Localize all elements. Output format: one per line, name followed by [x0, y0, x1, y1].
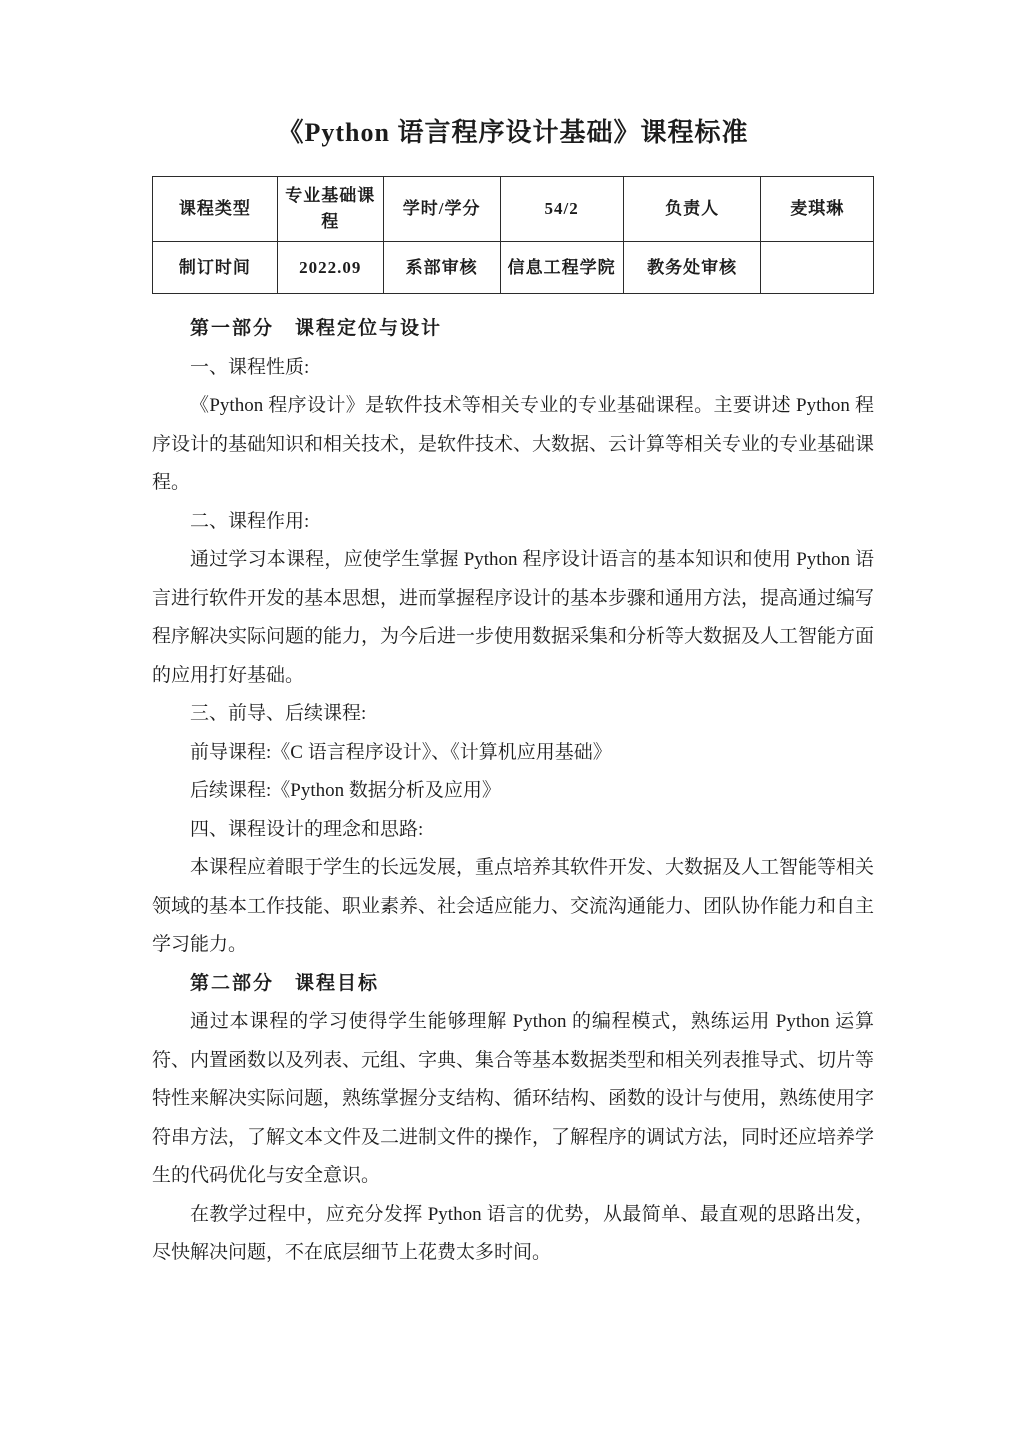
body-paragraph: 《Python 程序设计》是软件技术等相关专业的专业基础课程。主要讲述 Pyth…: [152, 387, 874, 503]
item-course-nature: 一、课程性质:: [152, 349, 874, 388]
document-title: 《Python 语言程序设计基础》课程标准: [152, 110, 874, 156]
document-body: 第一部分 课程定位与设计 一、课程性质: 《Python 程序设计》是软件技术等…: [152, 310, 874, 1273]
cell-dept-review-value: 信息工程学院: [500, 242, 623, 294]
body-paragraph: 在教学过程中，应充分发挥 Python 语言的优势，从最简单、最直观的思路出发，…: [152, 1196, 874, 1273]
item-design-ideas: 四、课程设计的理念和思路:: [152, 811, 874, 850]
item-related-courses: 三、前导、后续课程:: [152, 695, 874, 734]
table-row: 课程类型 专业基础课程 学时/学分 54/2 负责人 麦琪琳: [153, 177, 874, 242]
section-heading-part2: 第二部分 课程目标: [152, 965, 874, 1004]
item-prerequisites: 前导课程:《C 语言程序设计》、《计算机应用基础》: [152, 734, 874, 773]
cell-course-type-value: 专业基础课程: [277, 177, 383, 242]
cell-person-value: 麦琪琳: [761, 177, 874, 242]
item-follow-up: 后续课程:《Python 数据分析及应用》: [152, 772, 874, 811]
body-paragraph: 通过本课程的学习使得学生能够理解 Python 的编程模式，熟练运用 Pytho…: [152, 1003, 874, 1196]
section-heading-part1: 第一部分 课程定位与设计: [152, 310, 874, 349]
document-page: 《Python 语言程序设计基础》课程标准 课程类型 专业基础课程 学时/学分 …: [0, 0, 1024, 1448]
cell-office-review-label: 教务处审核: [623, 242, 761, 294]
cell-hours-credits-label: 学时/学分: [383, 177, 500, 242]
table-row: 制订时间 2022.09 系部审核 信息工程学院 教务处审核: [153, 242, 874, 294]
body-paragraph: 通过学习本课程，应使学生掌握 Python 程序设计语言的基本知识和使用 Pyt…: [152, 541, 874, 695]
cell-dept-review-label: 系部审核: [383, 242, 500, 294]
item-course-role: 二、课程作用:: [152, 503, 874, 542]
cell-person-label: 负责人: [623, 177, 761, 242]
cell-date-label: 制订时间: [153, 242, 278, 294]
course-info-table: 课程类型 专业基础课程 学时/学分 54/2 负责人 麦琪琳 制订时间 2022…: [152, 176, 874, 294]
cell-office-review-value: [761, 242, 874, 294]
body-paragraph: 本课程应着眼于学生的长远发展，重点培养其软件开发、大数据及人工智能等相关领域的基…: [152, 849, 874, 965]
cell-date-value: 2022.09: [277, 242, 383, 294]
cell-course-type-label: 课程类型: [153, 177, 278, 242]
cell-hours-credits-value: 54/2: [500, 177, 623, 242]
